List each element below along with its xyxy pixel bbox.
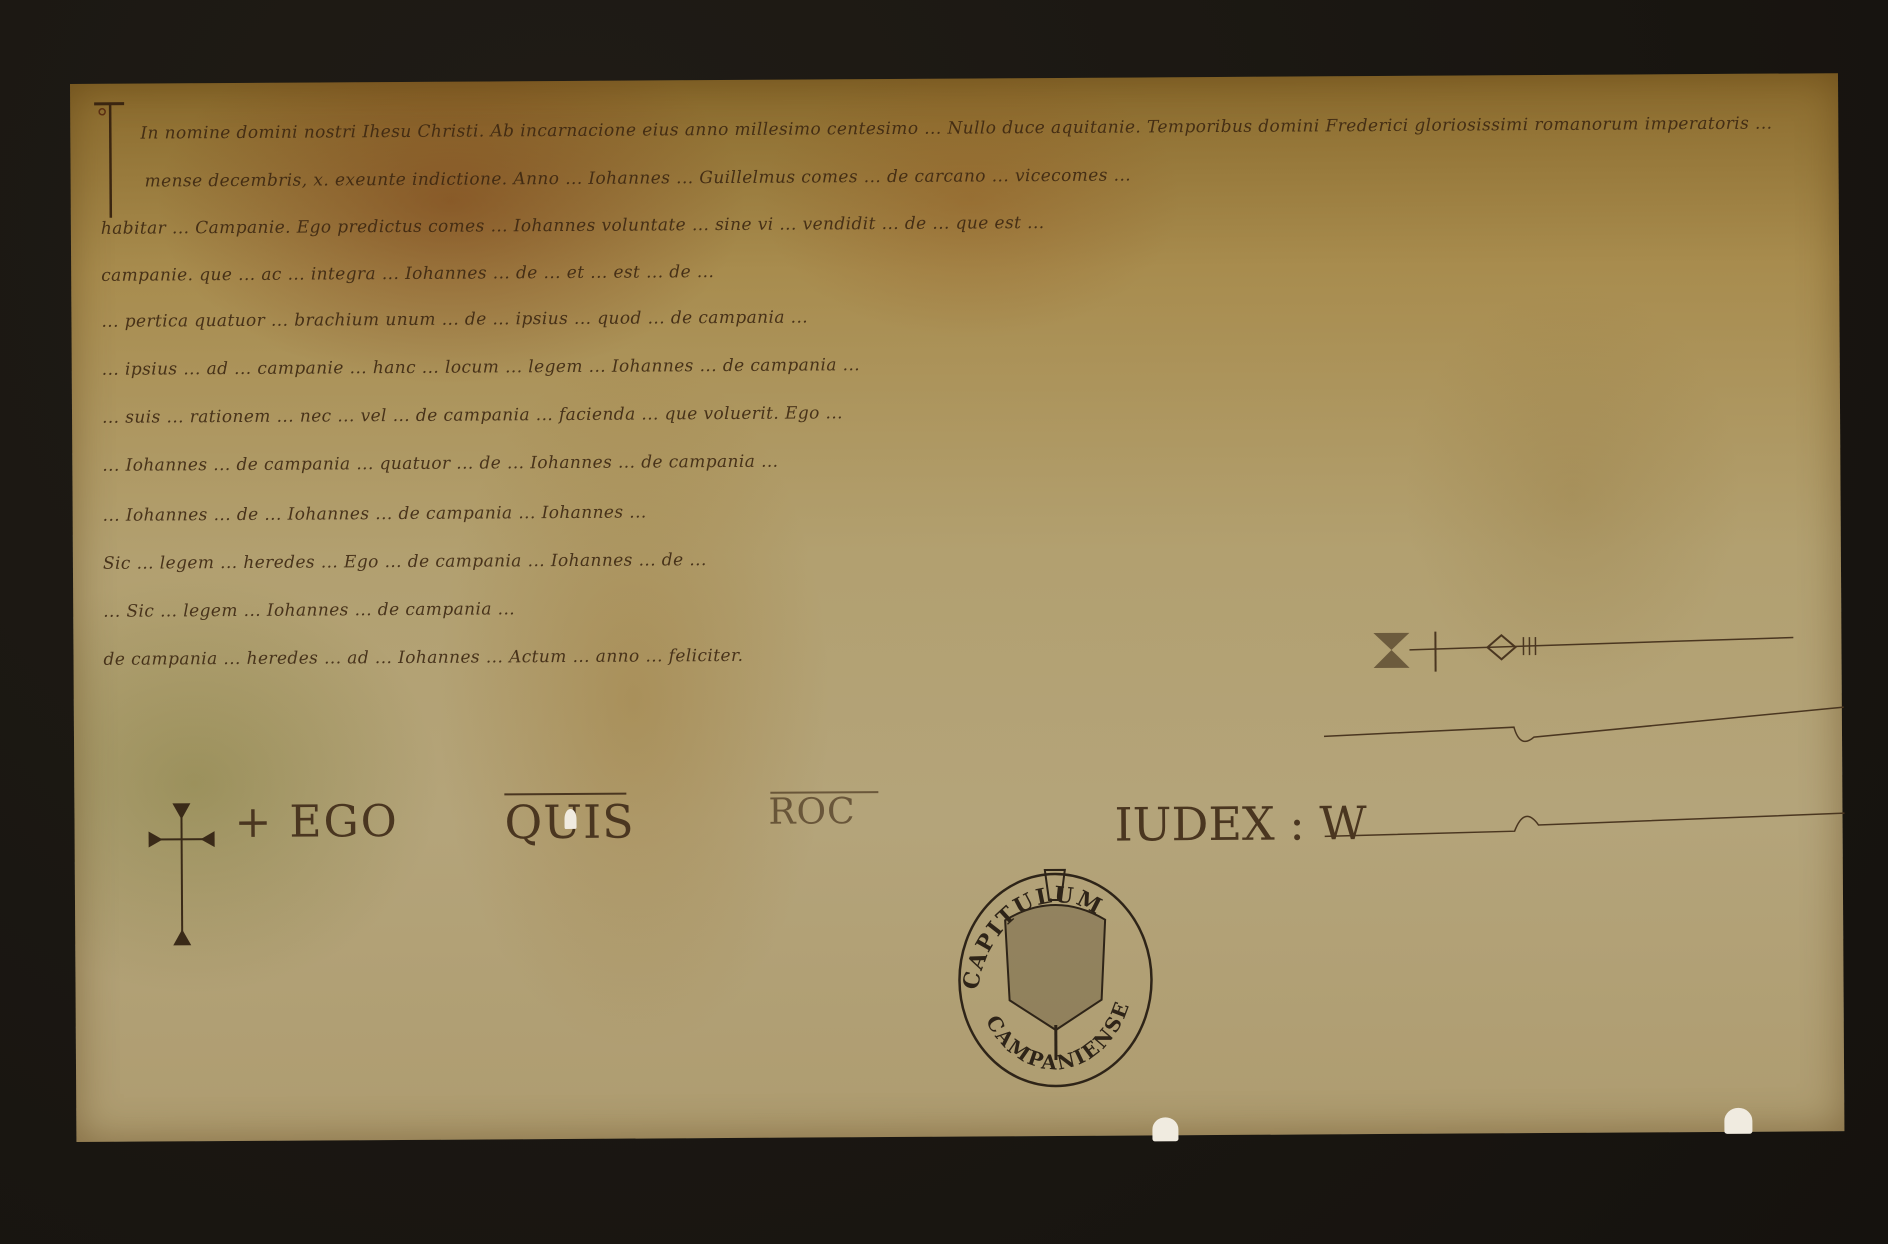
text-line-2: mense decembris, x. exeunte indictione. … bbox=[145, 161, 1815, 191]
signature-roc: ROC bbox=[768, 791, 855, 833]
parchment-damage bbox=[1152, 1117, 1178, 1141]
parchment-charter: In nomine domini nostri Ihesu Christi. A… bbox=[70, 73, 1844, 1142]
cross-icon bbox=[146, 799, 217, 949]
text-line-4: campanie. que ... ac ... integra ... Ioh… bbox=[101, 255, 1815, 285]
notarial-sign bbox=[1373, 625, 1793, 678]
text-line-6: ... ipsius ... ad ... campanie ... hanc … bbox=[102, 349, 1816, 379]
shield-icon bbox=[1005, 905, 1106, 1031]
text-line-3: habitar ... Campanie. Ego predictus come… bbox=[101, 208, 1815, 238]
text-line-5: ... pertica quatuor ... brachium unum ..… bbox=[101, 301, 1815, 331]
text-line-10: Sic ... legem ... heredes ... Ego ... de… bbox=[103, 543, 1817, 573]
text-line-12: de campania ... heredes ... ad ... Iohan… bbox=[103, 642, 1381, 670]
initial-letter-i bbox=[90, 88, 131, 228]
signature-flourish bbox=[1324, 683, 1845, 856]
text-line-11: ... Sic ... legem ... Iohannes ... de ca… bbox=[103, 591, 1817, 621]
text-line-7: ... suis ... rationem ... nec ... vel ..… bbox=[102, 397, 1816, 427]
signature-ego: + EGO bbox=[234, 796, 399, 848]
parchment-damage bbox=[564, 809, 576, 829]
seal-stamp: CAPITULUM CAMPANIENSE bbox=[955, 849, 1156, 1090]
text-line-1: In nomine domini nostri Ihesu Christi. A… bbox=[140, 113, 1814, 143]
text-line-9: ... Iohannes ... de ... Iohannes ... de … bbox=[103, 495, 1817, 525]
parchment-damage bbox=[1724, 1108, 1752, 1134]
text-line-8: ... Iohannes ... de campania ... quatuor… bbox=[102, 445, 1816, 475]
